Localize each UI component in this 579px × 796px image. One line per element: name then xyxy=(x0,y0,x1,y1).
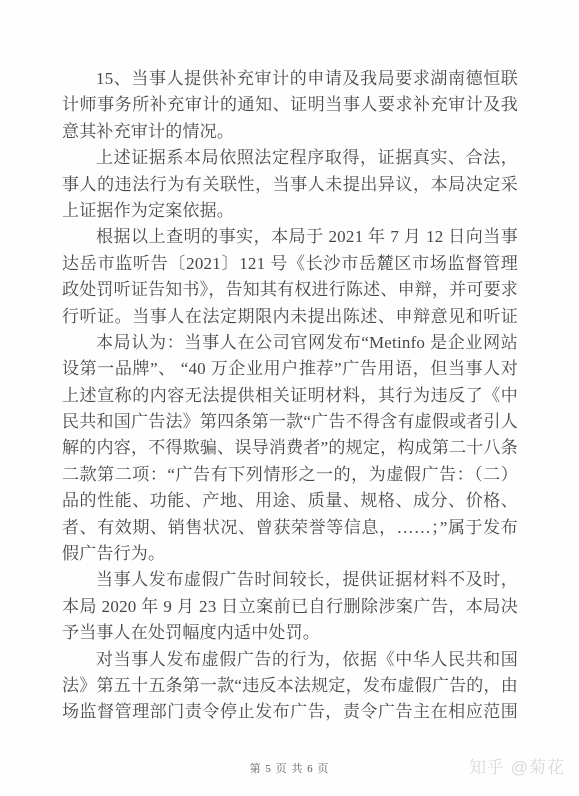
text-line-7: 根据以上查明的事实，本局于 2021 年 7 月 12 日向当事人送 xyxy=(62,224,518,250)
text-line-9: 政处罚听证告知书》，告知其有权进行陈述、申辩，并可要求举 xyxy=(62,277,518,303)
text-line-13: 上述宣称的内容无法提供相关证明材料，其行为违反了《中华人 xyxy=(62,383,518,409)
text-line-20: 当事人发布虚假广告时间较长，提供证据材料不及时，但在 xyxy=(62,567,518,593)
text-line-4: 上述证据系本局依照法定程序取得，证据真实、合法，与当 xyxy=(62,145,518,171)
text-line-22: 予当事人在处罚幅度内适中处罚。 xyxy=(62,620,518,646)
text-line-5: 事人的违法行为有关联性，当事人未提出异议，本局决定采信以 xyxy=(62,172,518,198)
text-line-23: 对当事人发布虚假广告的行为，依据《中华人民共和国广告 xyxy=(62,647,518,673)
zhihu-watermark: 知乎 @菊花 xyxy=(469,753,565,778)
text-line-15: 解的内容，不得欺骗、误导消费者”的规定，构成第二十八条第 xyxy=(62,435,518,461)
text-line-18: 者、有效期、销售状况、曾获荣誉等信息，……；”属于发布虚 xyxy=(62,515,518,541)
text-line-6: 上证据作为定案依据。 xyxy=(62,198,518,224)
text-line-25: 场监督管理部门责令停止发布广告，责令广告主在相应范围内消 xyxy=(62,699,518,725)
text-line-21: 本局 2020 年 9 月 23 日立案前已自行删除涉案广告，本局决定给 xyxy=(62,594,518,620)
text-line-16: 二款第二项：“广告有下列情形之一的，为虚假广告：（二）商 xyxy=(62,462,518,488)
document-page: 15、当事人提供补充审计的申请及我局要求湖南德恒联合会计师事务所补充审计的通知、… xyxy=(0,0,579,796)
text-line-3: 意其补充审计的情况。 xyxy=(62,119,518,145)
text-line-10: 行听证。当事人在法定期限内未提出陈述、申辩意见和听证申请。 xyxy=(62,304,518,330)
text-line-24: 法》第五十五条第一款“违反本法规定，发布虚假广告的，由市 xyxy=(62,673,518,699)
text-line-17: 品的性能、功能、产地、用途、质量、规格、成分、价格、生产 xyxy=(62,488,518,514)
text-line-11: 本局认为：当事人在公司官网发布“Metinfo 是企业网站建 xyxy=(62,330,518,356)
document-text-body: 15、当事人提供补充审计的申请及我局要求湖南德恒联合会计师事务所补充审计的通知、… xyxy=(62,66,518,726)
text-line-8: 达岳市监听告〔2021〕121 号《长沙市岳麓区市场监督管理局行 xyxy=(62,251,518,277)
text-line-12: 设第一品牌”、 “40 万企业用户推荐”广告用语，但当事人对 xyxy=(62,356,518,382)
text-line-1: 15、当事人提供补充审计的申请及我局要求湖南德恒联合会 xyxy=(62,66,518,92)
text-line-19: 假广告行为。 xyxy=(62,541,518,567)
text-line-2: 计师事务所补充审计的通知、证明当事人要求补充审计及我局同 xyxy=(62,92,518,118)
text-line-14: 民共和国广告法》第四条第一款“广告不得含有虚假或者引人误 xyxy=(62,409,518,435)
